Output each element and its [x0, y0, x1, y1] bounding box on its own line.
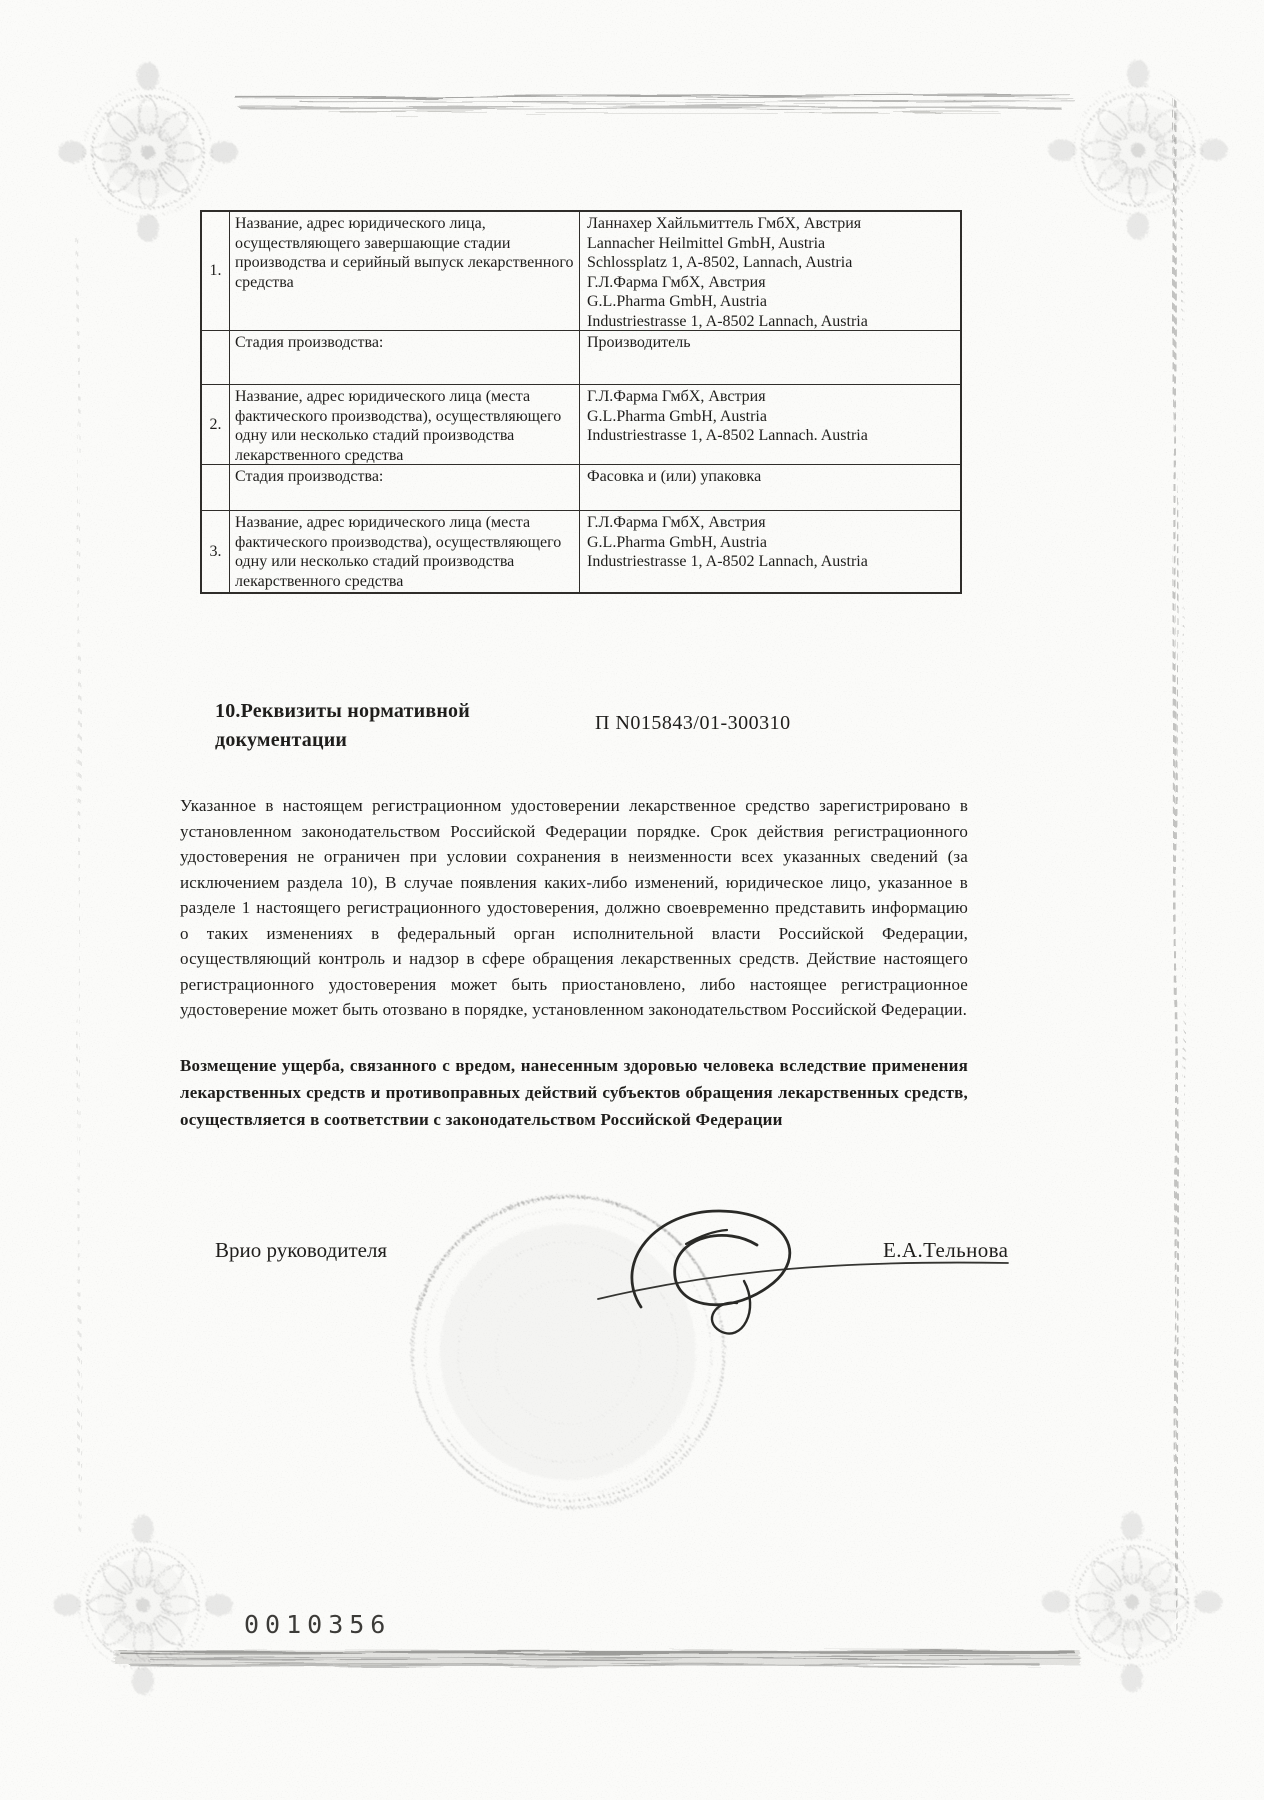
- paragraph-registration-terms: Указанное в настоящем регистрационном уд…: [180, 793, 968, 1023]
- table-row: Стадия производства: Фасовка и (или) упа…: [202, 464, 960, 510]
- row-value-cell: Производитель: [580, 331, 960, 384]
- table-row: 1. Название, адрес юридического лица, ос…: [202, 212, 960, 330]
- row-label-cell: Название, адрес юридического лица (места…: [230, 385, 580, 464]
- signoff-role: Врио руководителя: [215, 1238, 387, 1263]
- row-label-cell: Стадия производства:: [230, 465, 580, 510]
- row-value-cell: Г.Л.Фарма ГмбХ, Австрия G.L.Pharma GmbH,…: [580, 385, 960, 464]
- row-number-cell: 3.: [202, 511, 230, 592]
- registration-number: П N015843/01-300310: [595, 712, 791, 735]
- row-number-cell: [202, 331, 230, 384]
- table-row: 3. Название, адрес юридического лица (ме…: [202, 510, 960, 592]
- section10-heading: 10.Реквизиты нормативной документации: [215, 697, 545, 755]
- row-value-cell: Фасовка и (или) упаковка: [580, 465, 960, 510]
- row-number-cell: 2.: [202, 385, 230, 464]
- row-label-cell: Стадия производства:: [230, 331, 580, 384]
- row-value-cell: Г.Л.Фарма ГмбХ, Австрия G.L.Pharma GmbH,…: [580, 511, 960, 592]
- serial-number: 0010356: [244, 1610, 391, 1639]
- row-number-cell: [202, 465, 230, 510]
- signoff-name: Е.А.Тельнова: [883, 1238, 1008, 1263]
- registration-certificate-page: 1. Название, адрес юридического лица, ос…: [0, 0, 1264, 1800]
- table-row: Стадия производства: Производитель: [202, 330, 960, 384]
- row-number-cell: 1.: [202, 212, 230, 330]
- manufacturers-table: 1. Название, адрес юридического лица, ос…: [200, 210, 962, 594]
- row-label-cell: Название, адрес юридического лица, осуще…: [230, 212, 580, 330]
- row-value-cell: Ланнахер Хайльмиттель ГмбХ, Австрия Lann…: [580, 212, 960, 330]
- paragraph-damage-compensation: Возмещение ущерба, связанного с вредом, …: [180, 1052, 968, 1133]
- table-row: 2. Название, адрес юридического лица (ме…: [202, 384, 960, 464]
- row-label-cell: Название, адрес юридического лица (места…: [230, 511, 580, 592]
